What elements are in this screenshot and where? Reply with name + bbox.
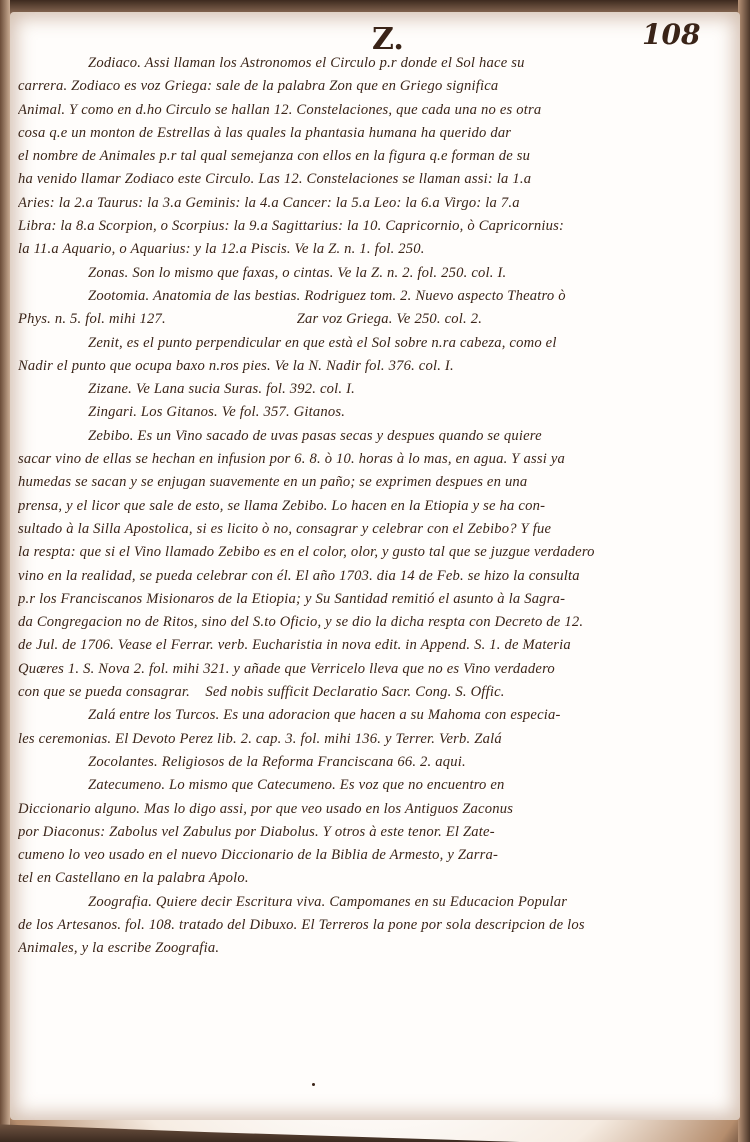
text-line: Quæres 1. S. Nova 2. fol. mihi 321. y añ… [18, 658, 730, 681]
text-line: Zebibo. Es un Vino sacado de uvas pasas … [18, 425, 730, 448]
entry-zebibo: Zebibo. Es un Vino sacado de uvas pasas … [18, 425, 730, 705]
text-line: de Jul. de 1706. Vease el Ferrar. verb. … [18, 634, 730, 657]
text-line: humedas se sacan y se enjugan suavemente… [18, 471, 730, 494]
entry-zoografia: Zoografia. Quiere decir Escritura viva. … [18, 891, 730, 961]
entry-zingari: Zingari. Los Gitanos. Ve fol. 357. Gitan… [18, 401, 730, 424]
text-line: Zocolantes. Religiosos de la Reforma Fra… [18, 751, 730, 774]
text-line: tel en Castellano en la palabra Apolo. [18, 867, 730, 890]
text-line: Diccionario alguno. Mas lo digo assi, po… [18, 798, 730, 821]
text-line: Libra: la 8.a Scorpion, o Scorpius: la 9… [18, 215, 730, 238]
text-line: cosa q.e un monton de Estrellas à las qu… [18, 122, 730, 145]
text-line: prensa, y el licor que sale de esto, se … [18, 495, 730, 518]
text-line: Zatecumeno. Lo mismo que Catecumeno. Es … [18, 774, 730, 797]
text-line: da Congregacion no de Ritos, sino del S.… [18, 611, 730, 634]
text-line: Zonas. Son lo mismo que faxas, o cintas.… [18, 262, 730, 285]
entry-zootomia: Zootomia. Anatomia de las bestias. Rodri… [18, 285, 730, 332]
text-line: de los Artesanos. fol. 108. tratado del … [18, 914, 730, 937]
text-line: Aries: la 2.a Taurus: la 3.a Geminis: la… [18, 192, 730, 215]
scan-left-edge [0, 0, 10, 1142]
entry-zizane: Zizane. Ve Lana sucia Suras. fol. 392. c… [18, 378, 730, 401]
text-line: Nadir el punto que ocupa baxo n.ros pies… [18, 355, 730, 378]
text-line: ha venido llamar Zodiaco este Circulo. L… [18, 168, 730, 191]
text-line: Zoografia. Quiere decir Escritura viva. … [18, 891, 730, 914]
manuscript-text: Zodiaco. Assi llaman los Astronomos el C… [18, 52, 730, 961]
entry-zala: Zalá entre los Turcos. Es una adoracion … [18, 704, 730, 751]
folio-number: 108 [642, 18, 700, 51]
text-line: Zodiaco. Assi llaman los Astronomos el C… [18, 52, 730, 75]
text-line: Animales, y la escribe Zoografia. [18, 937, 730, 960]
entry-zenit: Zenit, es el punto perpendicular en que … [18, 332, 730, 379]
entry-zonas: Zonas. Son lo mismo que faxas, o cintas.… [18, 262, 730, 285]
text-line: la respta: que si el Vino llamado Zebibo… [18, 541, 730, 564]
entry-zatecumeno: Zatecumeno. Lo mismo que Catecumeno. Es … [18, 774, 730, 890]
text-line: la 11.a Aquario, o Aquarius: y la 12.a P… [18, 238, 730, 261]
ink-spot [312, 1083, 315, 1086]
text-line: vino en la realidad, se pueda celebrar c… [18, 565, 730, 588]
text-line: Zizane. Ve Lana sucia Suras. fol. 392. c… [18, 378, 730, 401]
text-line: Animal. Y como en d.ho Circulo se hallan… [18, 99, 730, 122]
text-line: por Diaconus: Zabolus vel Zabulus por Di… [18, 821, 730, 844]
entry-zodiaco: Zodiaco. Assi llaman los Astronomos el C… [18, 52, 730, 262]
text-line: p.r los Franciscanos Misionaros de la Et… [18, 588, 730, 611]
text-line: les ceremonias. El Devoto Perez lib. 2. … [18, 728, 730, 751]
entry-zocolantes: Zocolantes. Religiosos de la Reforma Fra… [18, 751, 730, 774]
text-line: carrera. Zodiaco es voz Griega: sale de … [18, 75, 730, 98]
text-line: cumeno lo veo usado en el nuevo Dicciona… [18, 844, 730, 867]
text-line: sultado à la Silla Apostolica, si es lic… [18, 518, 730, 541]
text-line: Zingari. Los Gitanos. Ve fol. 357. Gitan… [18, 401, 730, 424]
text-line: con que se pueda consagrar. Sed nobis su… [18, 681, 730, 704]
text-line: sacar vino de ellas se hechan en infusio… [18, 448, 730, 471]
text-line: Zenit, es el punto perpendicular en que … [18, 332, 730, 355]
text-line: Zalá entre los Turcos. Es una adoracion … [18, 704, 730, 727]
text-line: el nombre de Animales p.r tal qual semej… [18, 145, 730, 168]
text-line: Zootomia. Anatomia de las bestias. Rodri… [18, 285, 730, 308]
text-line: Phys. n. 5. fol. mihi 127. Zar voz Grieg… [18, 308, 730, 331]
